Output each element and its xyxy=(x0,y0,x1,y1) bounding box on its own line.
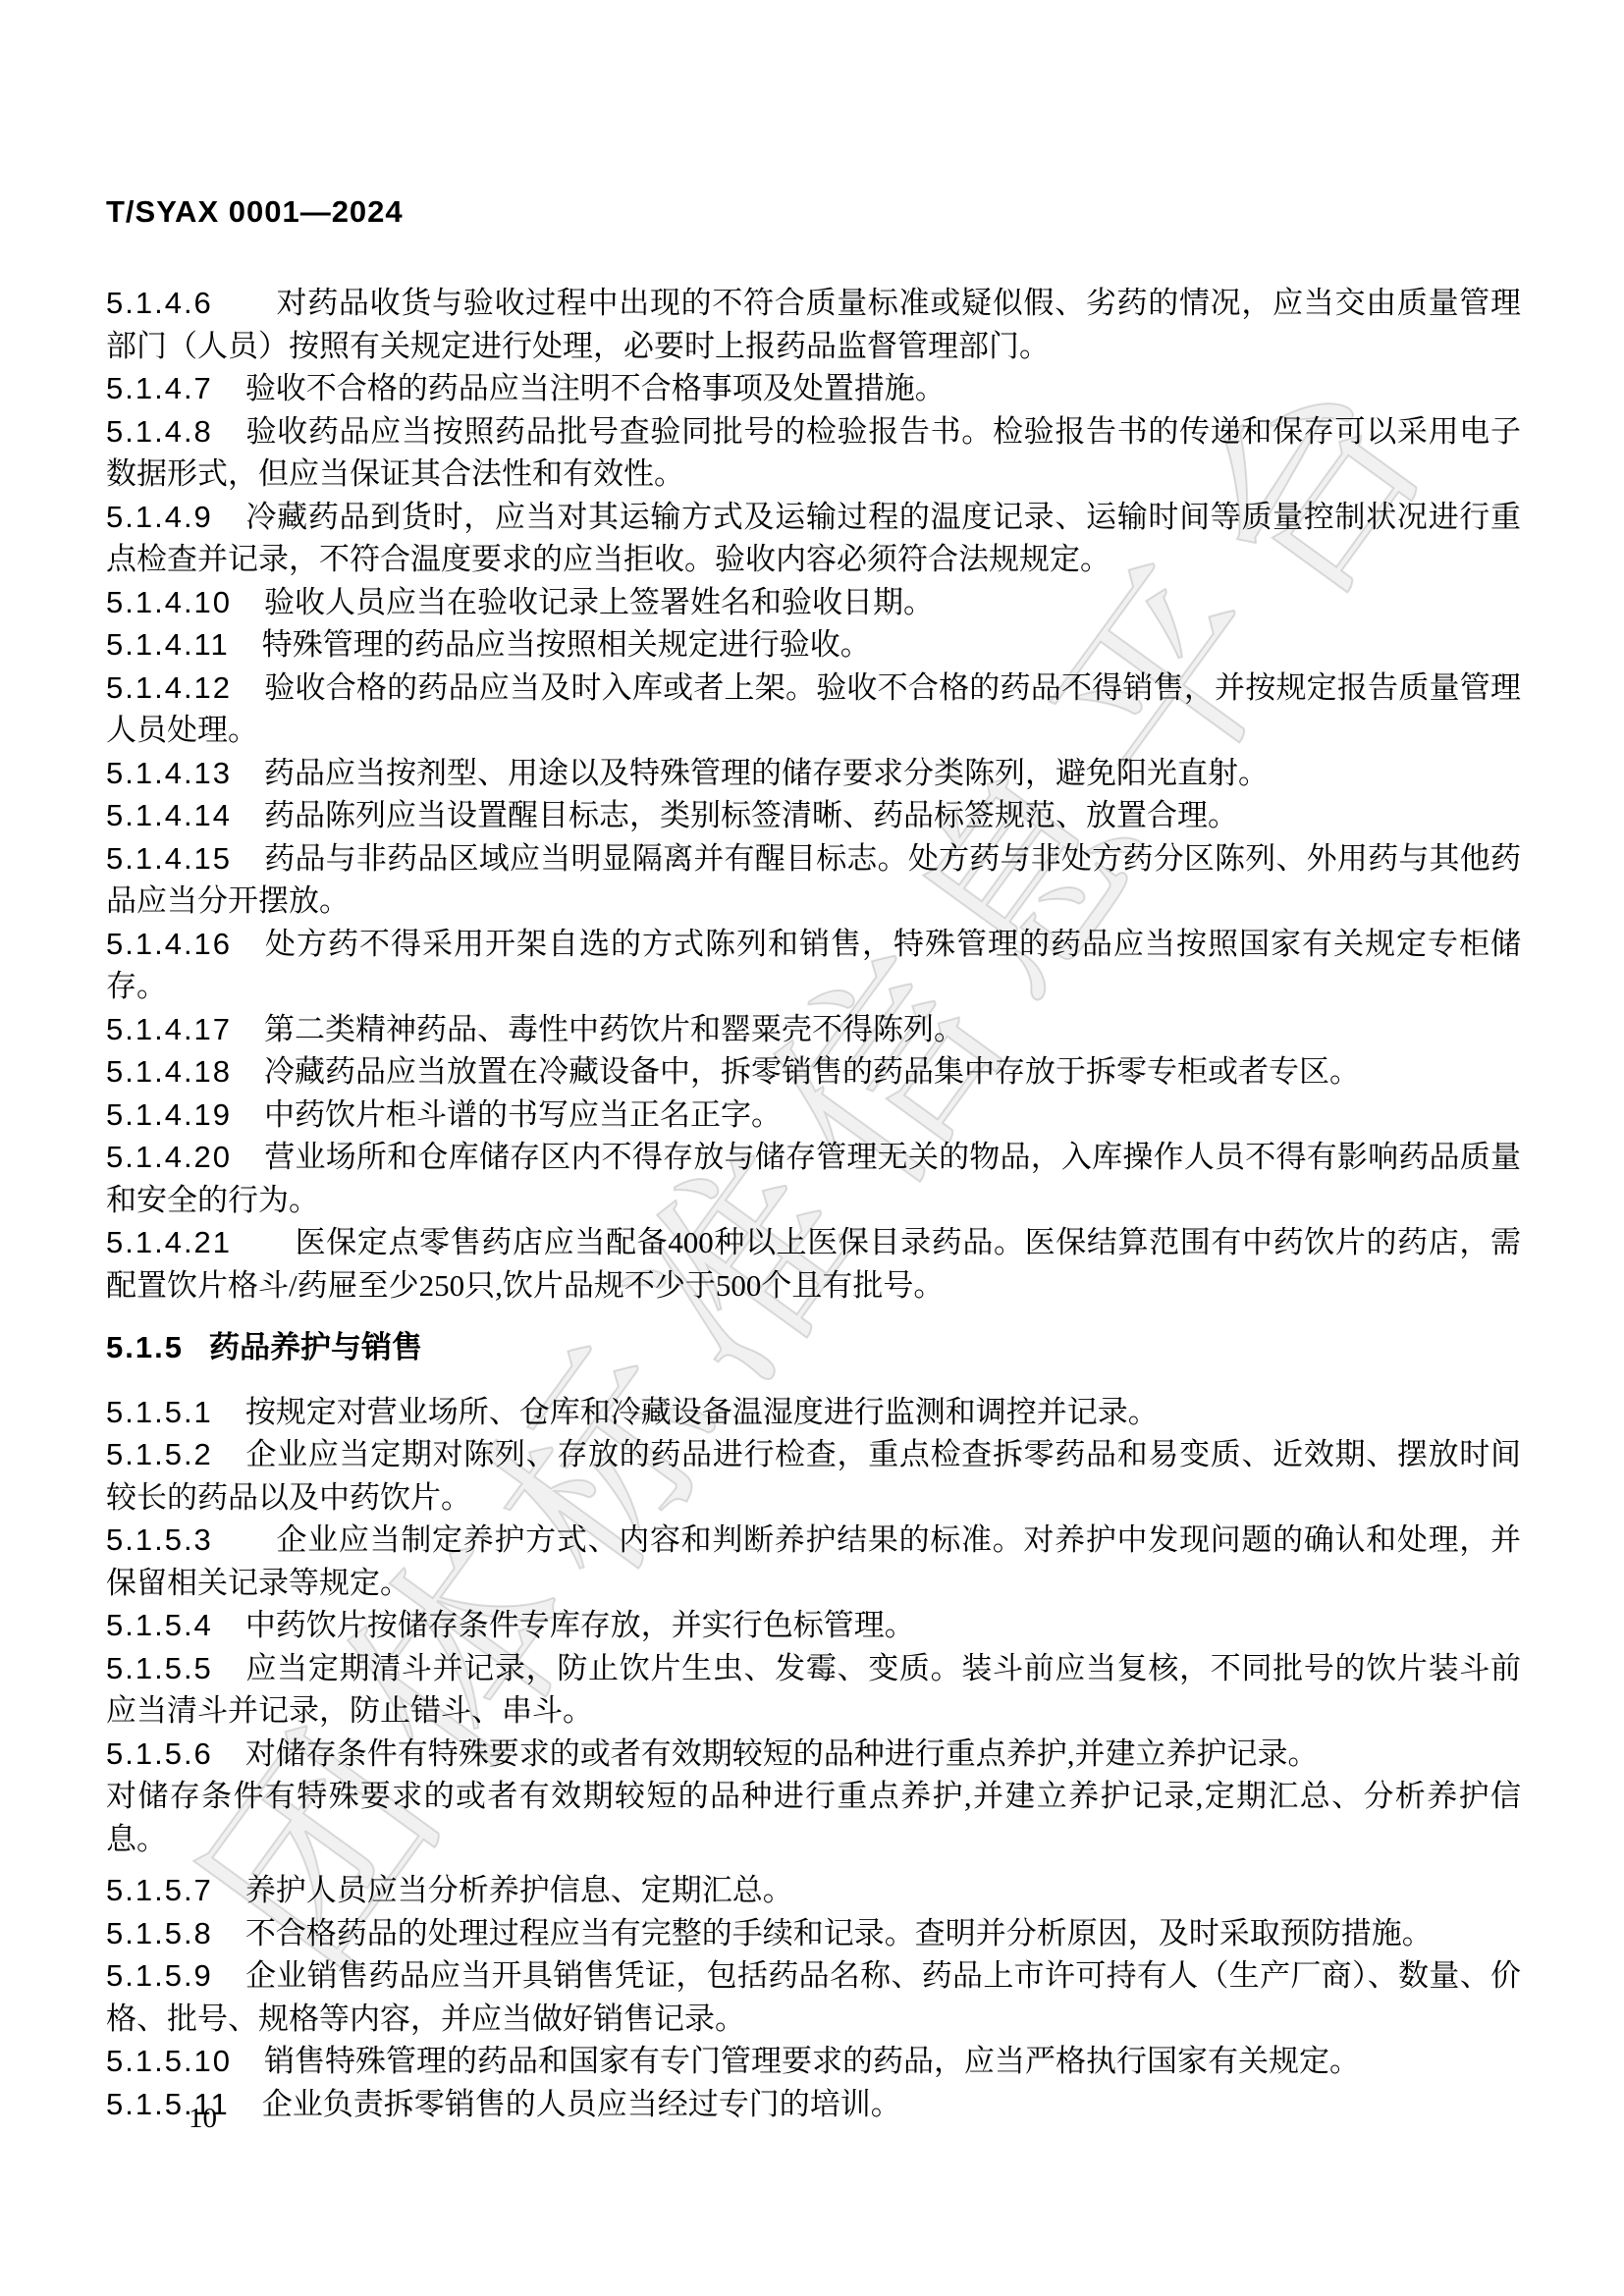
clause: 5.1.4.17第二类精神药品、毒性中药饮片和罂粟壳不得陈列。 xyxy=(106,1008,1521,1051)
clause: 5.1.4.15药品与非药品区域应当明显隔离并有醒目标志。处方药与非处方药分区陈… xyxy=(106,837,1521,923)
clause-text: 特殊管理的药品应当按照相关规定进行验收。 xyxy=(262,627,871,662)
clause: 对储存条件有特殊要求的或者有效期较短的品种进行重点养护,并建立养护记录,定期汇总… xyxy=(106,1775,1521,1860)
clause-text: 营业场所和仓库储存区内不得存放与储存管理无关的物品，入库操作人员不得有影响药品质… xyxy=(106,1140,1521,1217)
clause: 5.1.4.10验收人员应当在验收记录上签署姓名和验收日期。 xyxy=(106,581,1521,624)
clause-text: 验收药品应当按照药品批号查验同批号的检验报告书。检验报告书的传递和保存可以采用电… xyxy=(106,414,1521,492)
clause-number: 5.1.5.5 xyxy=(106,1651,245,1685)
clause-text: 第二类精神药品、毒性中药饮片和罂粟壳不得陈列。 xyxy=(264,1012,964,1046)
clause-text: 对药品收货与验收过程中出现的不符合质量标准或疑似假、劣药的情况，应当交由质量管理… xyxy=(106,286,1521,363)
page-number: 10 xyxy=(189,2103,217,2135)
clause: 5.1.5.1按规定对营业场所、仓库和冷藏设备温湿度进行监测和调控并记录。 xyxy=(106,1391,1521,1434)
clause-number: 5.1.4.18 xyxy=(106,1054,264,1089)
clause: 5.1.4.18冷藏药品应当放置在冷藏设备中，拆零销售的药品集中存放于拆零专柜或… xyxy=(106,1050,1521,1094)
clause-text: 养护人员应当分析养护信息、定期汇总。 xyxy=(245,1873,793,1907)
clause: 5.1.5.2企业应当定期对陈列、存放的药品进行检查，重点检查拆零药品和易变质、… xyxy=(106,1433,1521,1519)
clause: 5.1.4.9冷藏药品到货时，应当对其运输方式及运输过程的温度记录、运输时间等质… xyxy=(106,496,1521,581)
clause-number: 5.1.4.14 xyxy=(106,798,264,832)
clause-text: 对储存条件有特殊要求的或者有效期较短的品种进行重点养护,并建立养护记录。 xyxy=(245,1736,1319,1771)
clause: 5.1.4.13药品应当按剂型、用途以及特殊管理的储存要求分类陈列，避免阳光直射… xyxy=(106,752,1521,795)
clause: 5.1.4.14药品陈列应当设置醒目标志，类别标签清晰、药品标签规范、放置合理。 xyxy=(106,794,1521,837)
clause-text: 处方药不得采用开架自选的方式陈列和销售，特殊管理的药品应当按照国家有关规定专柜储… xyxy=(106,927,1521,1004)
standard-number-header: T/SYAX 0001—2024 xyxy=(106,194,404,230)
clause-number: 5.1.4.17 xyxy=(106,1012,264,1046)
clause-text: 药品应当按剂型、用途以及特殊管理的储存要求分类陈列，避免阳光直射。 xyxy=(264,756,1269,790)
clause-text: 企业销售药品应当开具销售凭证，包括药品名称、药品上市许可持有人（生产厂商）、数量… xyxy=(106,1958,1521,2036)
clause-text: 验收合格的药品应当及时入库或者上架。验收不合格的药品不得销售，并按规定报告质量管… xyxy=(106,670,1521,748)
clause: 5.1.5.3企业应当制定养护方式、内容和判断养护结果的标准。对养护中发现问题的… xyxy=(106,1519,1521,1604)
clause: 5.1.5.11企业负责拆零销售的人员应当经过专门的培训。 xyxy=(106,2083,1521,2126)
clause-text: 按规定对营业场所、仓库和冷藏设备温湿度进行监测和调控并记录。 xyxy=(245,1395,1159,1429)
clause: 5.1.4.16处方药不得采用开架自选的方式陈列和销售，特殊管理的药品应当按照国… xyxy=(106,923,1521,1008)
clause-number: 5.1.4.13 xyxy=(106,756,264,790)
clause-number: 5.1.5.7 xyxy=(106,1873,245,1907)
clause-number: 5.1.4.16 xyxy=(106,927,264,961)
clause-number: 5.1.5.10 xyxy=(106,2044,264,2078)
clause-number: 5.1.4.9 xyxy=(106,500,245,534)
clause-number: 5.1.4.7 xyxy=(106,371,245,405)
clause-number: 5.1.4.12 xyxy=(106,670,264,705)
clause-text: 验收人员应当在验收记录上签署姓名和验收日期。 xyxy=(264,585,934,619)
clause-number: 5.1.4.15 xyxy=(106,841,264,876)
clause: 5.1.4.7验收不合格的药品应当注明不合格事项及处置措施。 xyxy=(106,367,1521,410)
clause-number: 5.1.5.11 xyxy=(106,2087,262,2121)
clause-number: 5.1.5.9 xyxy=(106,1958,245,1993)
clause: 5.1.5.7养护人员应当分析养护信息、定期汇总。 xyxy=(106,1869,1521,1912)
clause-number: 5.1.5.4 xyxy=(106,1608,245,1642)
clause-number: 5.1.4.11 xyxy=(106,627,262,662)
clause-number: 5.1.4.6 xyxy=(106,286,276,320)
clause-number: 5.1.5 xyxy=(106,1330,209,1364)
clause: 5.1.4.21医保定点零售药店应当配备400种以上医保目录药品。医保结算范围有… xyxy=(106,1221,1521,1307)
clause-text: 中药饮片按储存条件专库存放，并实行色标管理。 xyxy=(245,1608,915,1642)
clause: 5.1.4.20营业场所和仓库储存区内不得存放与储存管理无关的物品，入库操作人员… xyxy=(106,1136,1521,1221)
clause-number: 5.1.4.21 xyxy=(106,1225,295,1259)
clause-text: 药品与非药品区域应当明显隔离并有醒目标志。处方药与非处方药分区陈列、外用药与其他… xyxy=(106,841,1521,919)
section-heading: 5.1.5药品养护与销售 xyxy=(106,1326,1521,1369)
clause-text: 冷藏药品到货时，应当对其运输方式及运输过程的温度记录、运输时间等质量控制状况进行… xyxy=(106,500,1521,577)
clause-number: 5.1.4.19 xyxy=(106,1097,264,1132)
clause-text: 冷藏药品应当放置在冷藏设备中，拆零销售的药品集中存放于拆零专柜或者专区。 xyxy=(264,1054,1360,1089)
clause: 5.1.5.5应当定期清斗并记录，防止饮片生虫、发霉、变质。装斗前应当复核，不同… xyxy=(106,1647,1521,1733)
clause: 5.1.4.11特殊管理的药品应当按照相关规定进行验收。 xyxy=(106,623,1521,667)
clause: 5.1.4.12验收合格的药品应当及时入库或者上架。验收不合格的药品不得销售，并… xyxy=(106,667,1521,752)
clause-number: 5.1.4.20 xyxy=(106,1140,264,1174)
clause-text: 企业负责拆零销售的人员应当经过专门的培训。 xyxy=(262,2087,901,2121)
clause: 5.1.5.4中药饮片按储存条件专库存放，并实行色标管理。 xyxy=(106,1604,1521,1647)
clause-number: 5.1.5.8 xyxy=(106,1916,245,1950)
clause-text: 药品养护与销售 xyxy=(209,1330,422,1364)
clause-number: 5.1.5.1 xyxy=(106,1395,245,1429)
clause-number: 5.1.5.6 xyxy=(106,1736,245,1771)
clause-text: 企业应当定期对陈列、存放的药品进行检查，重点检查拆零药品和易变质、近效期、摆放时… xyxy=(106,1437,1521,1515)
clause-text: 药品陈列应当设置醒目标志，类别标签清晰、药品标签规范、放置合理。 xyxy=(264,798,1238,832)
clause-number: 5.1.4.10 xyxy=(106,585,264,619)
clause-text: 中药饮片柜斗谱的书写应当正名正字。 xyxy=(264,1097,782,1132)
clause-text: 不合格药品的处理过程应当有完整的手续和记录。查明并分析原因，及时采取预防措施。 xyxy=(245,1916,1433,1950)
clause-text: 应当定期清斗并记录，防止饮片生虫、发霉、变质。装斗前应当复核，不同批号的饮片装斗… xyxy=(106,1651,1521,1729)
clause-list: 5.1.4.6对药品收货与验收过程中出现的不符合质量标准或疑似假、劣药的情况，应… xyxy=(106,282,1521,2125)
clause-text: 对储存条件有特殊要求的或者有效期较短的品种进行重点养护,并建立养护记录,定期汇总… xyxy=(106,1779,1521,1856)
document-page: 团体标准信息平台 T/SYAX 0001—2024 5.1.4.6对药品收货与验… xyxy=(0,0,1624,2296)
clause-text: 医保定点零售药店应当配备400种以上医保目录药品。医保结算范围有中药饮片的药店，… xyxy=(106,1225,1521,1303)
clause: 5.1.4.8验收药品应当按照药品批号查验同批号的检验报告书。检验报告书的传递和… xyxy=(106,410,1521,496)
clause: 5.1.5.8不合格药品的处理过程应当有完整的手续和记录。查明并分析原因，及时采… xyxy=(106,1912,1521,1955)
clause: 5.1.4.6对药品收货与验收过程中出现的不符合质量标准或疑似假、劣药的情况，应… xyxy=(106,282,1521,367)
clause-number: 5.1.5.3 xyxy=(106,1522,276,1557)
clause: 5.1.5.6对储存条件有特殊要求的或者有效期较短的品种进行重点养护,并建立养护… xyxy=(106,1733,1521,1776)
clause: 5.1.5.9企业销售药品应当开具销售凭证，包括药品名称、药品上市许可持有人（生… xyxy=(106,1954,1521,2040)
clause-text: 销售特殊管理的药品和国家有专门管理要求的药品，应当严格执行国家有关规定。 xyxy=(264,2044,1360,2078)
clause-text: 企业应当制定养护方式、内容和判断养护结果的标准。对养护中发现问题的确认和处理，并… xyxy=(106,1522,1521,1600)
clause-text: 验收不合格的药品应当注明不合格事项及处置措施。 xyxy=(245,371,946,405)
clause: 5.1.5.10销售特殊管理的药品和国家有专门管理要求的药品，应当严格执行国家有… xyxy=(106,2040,1521,2083)
clause-number: 5.1.5.2 xyxy=(106,1437,245,1471)
clause-number: 5.1.4.8 xyxy=(106,414,245,449)
clause: 5.1.4.19中药饮片柜斗谱的书写应当正名正字。 xyxy=(106,1094,1521,1137)
